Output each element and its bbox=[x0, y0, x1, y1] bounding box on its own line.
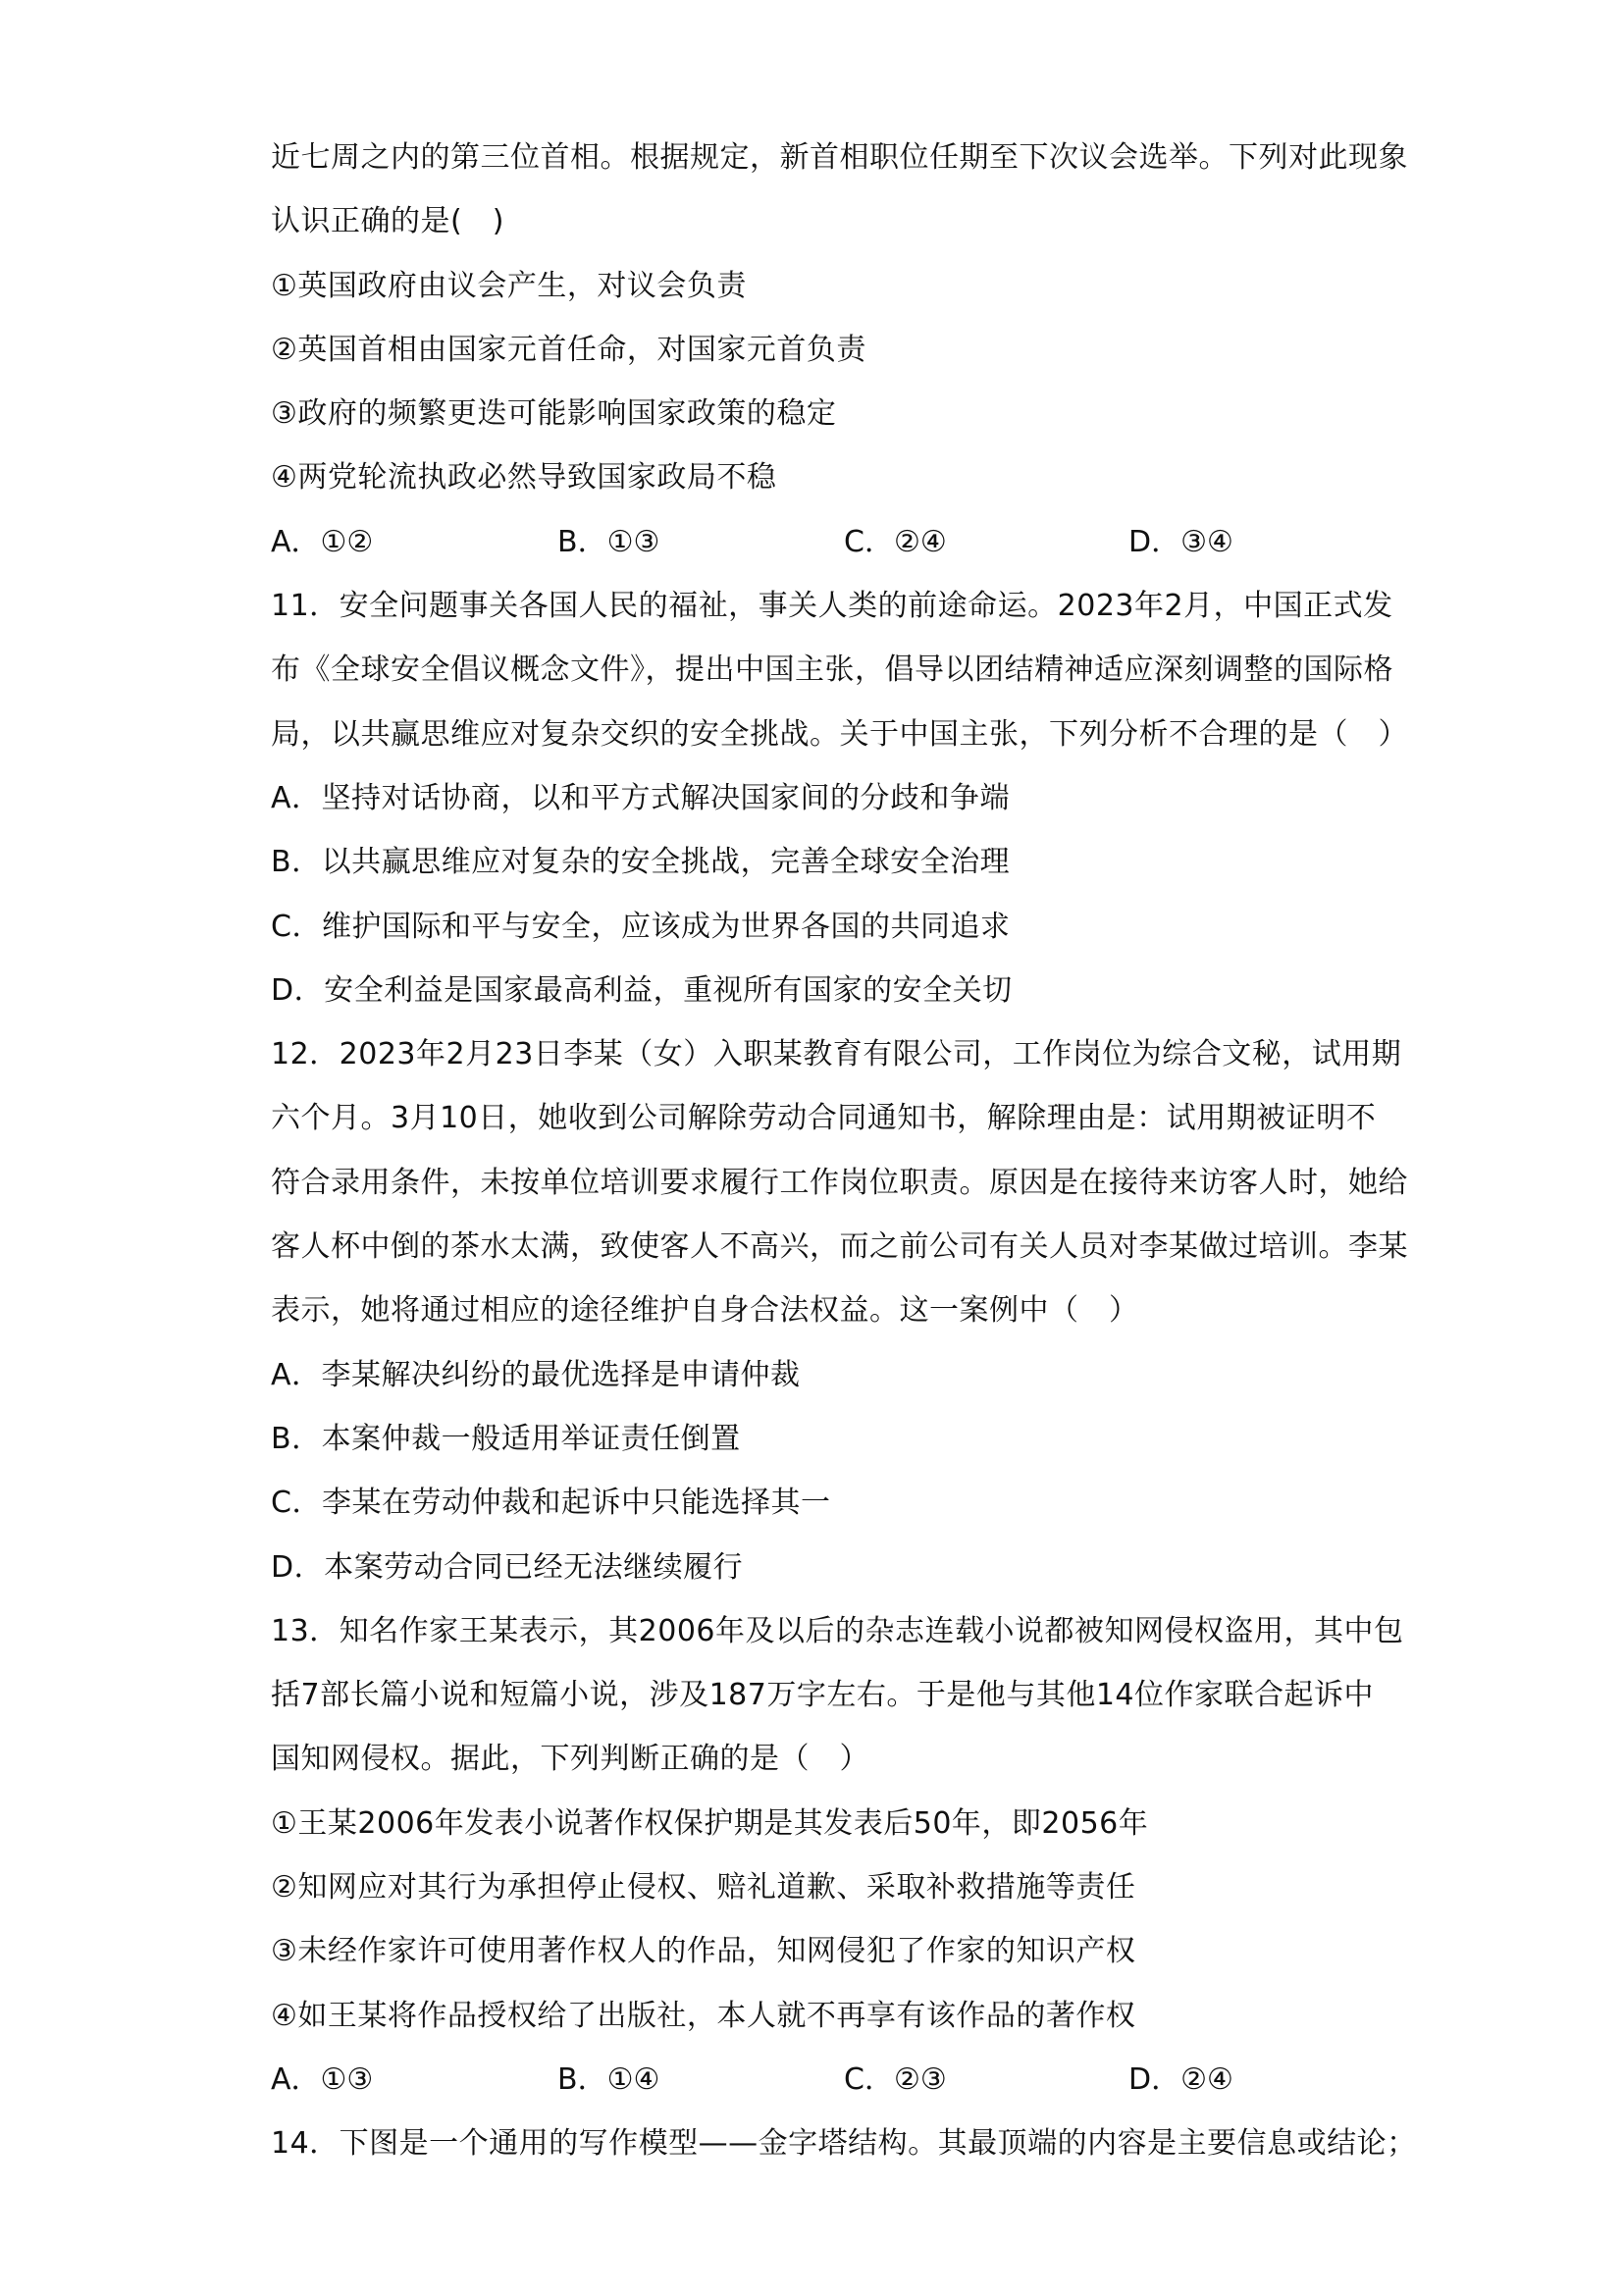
question-stem-line: 14．下图是一个通用的写作模型——金字塔结构。其最顶端的内容是主要信息或结论； bbox=[271, 2112, 1370, 2175]
statement-3: ③未经作家许可使用著作权人的作品，知网侵犯了作家的知识产权 bbox=[271, 1919, 1370, 1983]
question-stem-line: 布《全球安全倡议概念文件》，提出中国主张，倡导以团结精神适应深刻调整的国际格 bbox=[271, 638, 1370, 702]
exam-page: 近七周之内的第三位首相。根据规定，新首相职位任期至下次议会选举。下列对此现象 认… bbox=[271, 126, 1370, 2176]
question-13: 13．知名作家王某表示，其2006年及以后的杂志连载小说都被知网侵权盗用，其中包… bbox=[271, 1599, 1370, 2112]
option-b: B．①④ bbox=[557, 2048, 659, 2112]
option-b: B．①③ bbox=[557, 510, 659, 574]
option-c: C．②③ bbox=[844, 2048, 947, 2112]
question-stem-line: 近七周之内的第三位首相。根据规定，新首相职位任期至下次议会选举。下列对此现象 bbox=[271, 126, 1370, 189]
answer-options: A．①③ B．①④ C．②③ D．②④ bbox=[271, 2048, 1370, 2112]
question-14: 14．下图是一个通用的写作模型——金字塔结构。其最顶端的内容是主要信息或结论； bbox=[271, 2112, 1370, 2175]
option-a: A．坚持对话协商，以和平方式解决国家间的分歧和争端 bbox=[271, 766, 1370, 830]
option-b: B．本案仲裁一般适用举证责任倒置 bbox=[271, 1407, 1370, 1471]
statement-4: ④两党轮流执政必然导致国家政局不稳 bbox=[271, 445, 1370, 509]
question-12: 12．2023年2月23日李某（女）入职某教育有限公司，工作岗位为综合文秘，试用… bbox=[271, 1022, 1370, 1599]
question-11: 11．安全问题事关各国人民的福祉，事关人类的前途命运。2023年2月，中国正式发… bbox=[271, 574, 1370, 1022]
question-stem-line: 11．安全问题事关各国人民的福祉，事关人类的前途命运。2023年2月，中国正式发 bbox=[271, 574, 1370, 638]
question-stem-line: 国知网侵权。据此，下列判断正确的是（ ） bbox=[271, 1727, 1370, 1791]
option-a: A．①② bbox=[271, 510, 373, 574]
question-10: 近七周之内的第三位首相。根据规定，新首相职位任期至下次议会选举。下列对此现象 认… bbox=[271, 126, 1370, 574]
statement-2: ②英国首相由国家元首任命，对国家元首负责 bbox=[271, 318, 1370, 382]
option-d: D．②④ bbox=[1128, 2048, 1233, 2112]
option-c: C．②④ bbox=[844, 510, 947, 574]
option-c: C．维护国际和平与安全，应该成为世界各国的共同追求 bbox=[271, 895, 1370, 959]
answer-options: A．①② B．①③ C．②④ D．③④ bbox=[271, 510, 1370, 574]
option-a: A．李某解决纠纷的最优选择是申请仲裁 bbox=[271, 1343, 1370, 1407]
question-stem-line: 12．2023年2月23日李某（女）入职某教育有限公司，工作岗位为综合文秘，试用… bbox=[271, 1022, 1370, 1086]
option-d: D．本案劳动合同已经无法继续履行 bbox=[271, 1536, 1370, 1599]
question-stem-line: 六个月。3月10日，她收到公司解除劳动合同通知书，解除理由是：试用期被证明不 bbox=[271, 1086, 1370, 1150]
question-stem-line: 客人杯中倒的茶水太满，致使客人不高兴，而之前公司有关人员对李某做过培训。李某 bbox=[271, 1215, 1370, 1278]
question-stem-line: 表示，她将通过相应的途径维护自身合法权益。这一案例中（ ） bbox=[271, 1278, 1370, 1342]
statement-1: ①英国政府由议会产生，对议会负责 bbox=[271, 254, 1370, 318]
statement-3: ③政府的频繁更迭可能影响国家政策的稳定 bbox=[271, 382, 1370, 445]
option-c: C．李某在劳动仲裁和起诉中只能选择其一 bbox=[271, 1471, 1370, 1535]
option-b: B．以共赢思维应对复杂的安全挑战，完善全球安全治理 bbox=[271, 830, 1370, 894]
option-a: A．①③ bbox=[271, 2048, 373, 2112]
question-stem-line: 括7部长篇小说和短篇小说，涉及187万字左右。于是他与其他14位作家联合起诉中 bbox=[271, 1663, 1370, 1727]
question-stem-line: 符合录用条件，未按单位培训要求履行工作岗位职责。原因是在接待来访客人时，她给 bbox=[271, 1151, 1370, 1215]
question-stem-line: 认识正确的是( ) bbox=[271, 189, 1370, 253]
question-stem-line: 局，以共赢思维应对复杂交织的安全挑战。关于中国主张，下列分析不合理的是（ ） bbox=[271, 703, 1370, 766]
statement-2: ②知网应对其行为承担停止侵权、赔礼道歉、采取补救措施等责任 bbox=[271, 1855, 1370, 1919]
question-stem-line: 13．知名作家王某表示，其2006年及以后的杂志连载小说都被知网侵权盗用，其中包 bbox=[271, 1599, 1370, 1663]
option-d: D．③④ bbox=[1128, 510, 1233, 574]
statement-1: ①王某2006年发表小说著作权保护期是其发表后50年，即2056年 bbox=[271, 1792, 1370, 1855]
option-d: D．安全利益是国家最高利益，重视所有国家的安全关切 bbox=[271, 959, 1370, 1022]
statement-4: ④如王某将作品授权给了出版社，本人就不再享有该作品的著作权 bbox=[271, 1984, 1370, 2048]
